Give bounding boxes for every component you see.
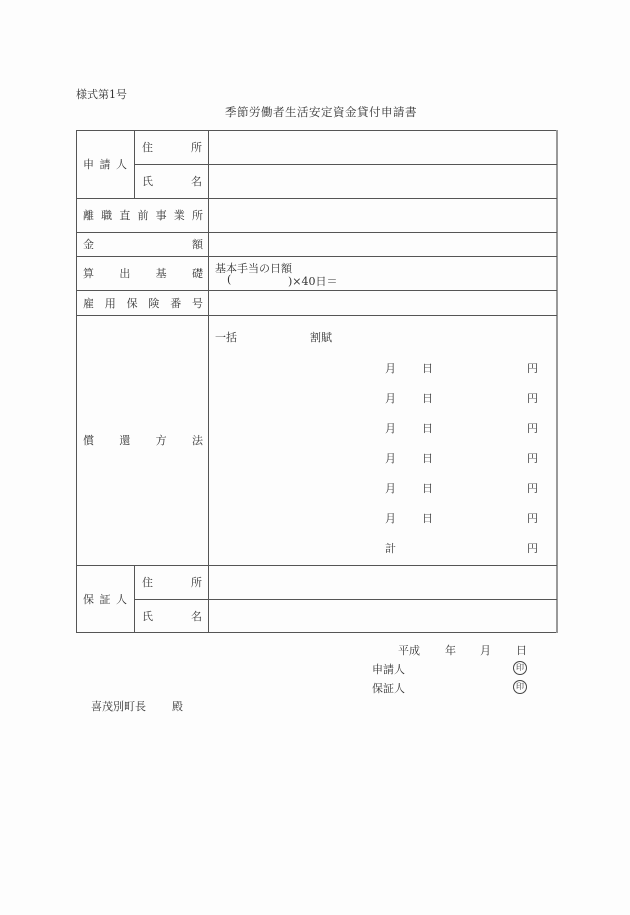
form-number: 様式第1号: [76, 86, 127, 102]
year-label: 年: [445, 642, 456, 658]
applicant-address-field[interactable]: [209, 131, 556, 164]
schedule-month-5: 月: [385, 480, 396, 496]
schedule-yen-5: 円: [527, 480, 538, 496]
schedule-yen-3: 円: [527, 420, 538, 436]
document-title: 季節労働者生活安定資金貸付申請書: [225, 104, 417, 120]
repayment-method-label: 償還方法: [83, 315, 203, 565]
schedule-total-label: 計: [385, 540, 396, 556]
schedule-yen-4: 円: [527, 450, 538, 466]
amount-field[interactable]: [209, 233, 556, 256]
schedule-total-yen: 円: [527, 540, 538, 556]
schedule-month-6: 月: [385, 510, 396, 526]
applicant-seal-icon: 印: [513, 660, 527, 675]
guarantor-address-field[interactable]: [209, 566, 556, 599]
applicant-name-label: 氏名: [142, 164, 202, 198]
insurance-number-field[interactable]: [209, 291, 556, 315]
applicant-address-label: 住所: [142, 130, 202, 164]
schedule-day-2: 日: [422, 390, 433, 406]
schedule-month-3: 月: [385, 420, 396, 436]
schedule-day-4: 日: [422, 450, 433, 466]
guarantor-seal-icon: 印: [513, 679, 527, 694]
schedule-day-5: 日: [422, 480, 433, 496]
amount-label: 金額: [83, 232, 203, 256]
applicant-label: 申 請 人: [83, 130, 127, 198]
installment-option[interactable]: 割賦: [310, 329, 332, 345]
footer-guarantor-label: 保証人: [372, 680, 405, 696]
schedule-yen-6: 円: [527, 510, 538, 526]
schedule-day-3: 日: [422, 420, 433, 436]
previous-employer-field[interactable]: [209, 199, 556, 232]
schedule-day-1: 日: [422, 360, 433, 376]
honorific: 殿: [172, 698, 183, 714]
era-label: 平成: [398, 642, 420, 658]
schedule-month-2: 月: [385, 390, 396, 406]
schedule-yen-2: 円: [527, 390, 538, 406]
schedule-month-1: 月: [385, 360, 396, 376]
application-table: 申 請 人 住所 氏名 離職直前事業所 金額 算出基礎 基本手当の日額 ( )×…: [76, 130, 557, 633]
month-label: 月: [480, 642, 491, 658]
applicant-name-field[interactable]: [209, 165, 556, 198]
footer-applicant-label: 申請人: [372, 661, 405, 677]
schedule-month-4: 月: [385, 450, 396, 466]
guarantor-name-label: 氏名: [142, 599, 202, 633]
day-label: 日: [516, 642, 527, 658]
previous-employer-label: 離職直前事業所: [83, 198, 203, 232]
lump-sum-option[interactable]: 一括: [215, 329, 237, 345]
addressee: 喜茂別町長: [91, 698, 146, 714]
daily-amount-field[interactable]: [236, 273, 284, 286]
guarantor-name-field[interactable]: [209, 600, 556, 632]
schedule-day-6: 日: [422, 510, 433, 526]
guarantor-address-label: 住所: [142, 565, 202, 599]
calculation-basis-label: 算出基礎: [83, 256, 203, 290]
calculation-open-paren: (: [227, 273, 231, 286]
insurance-number-label: 雇用保険番号: [83, 290, 203, 315]
calculation-formula: )×40日＝: [288, 273, 338, 289]
guarantor-label: 保証人: [83, 565, 127, 633]
schedule-yen-1: 円: [527, 360, 538, 376]
